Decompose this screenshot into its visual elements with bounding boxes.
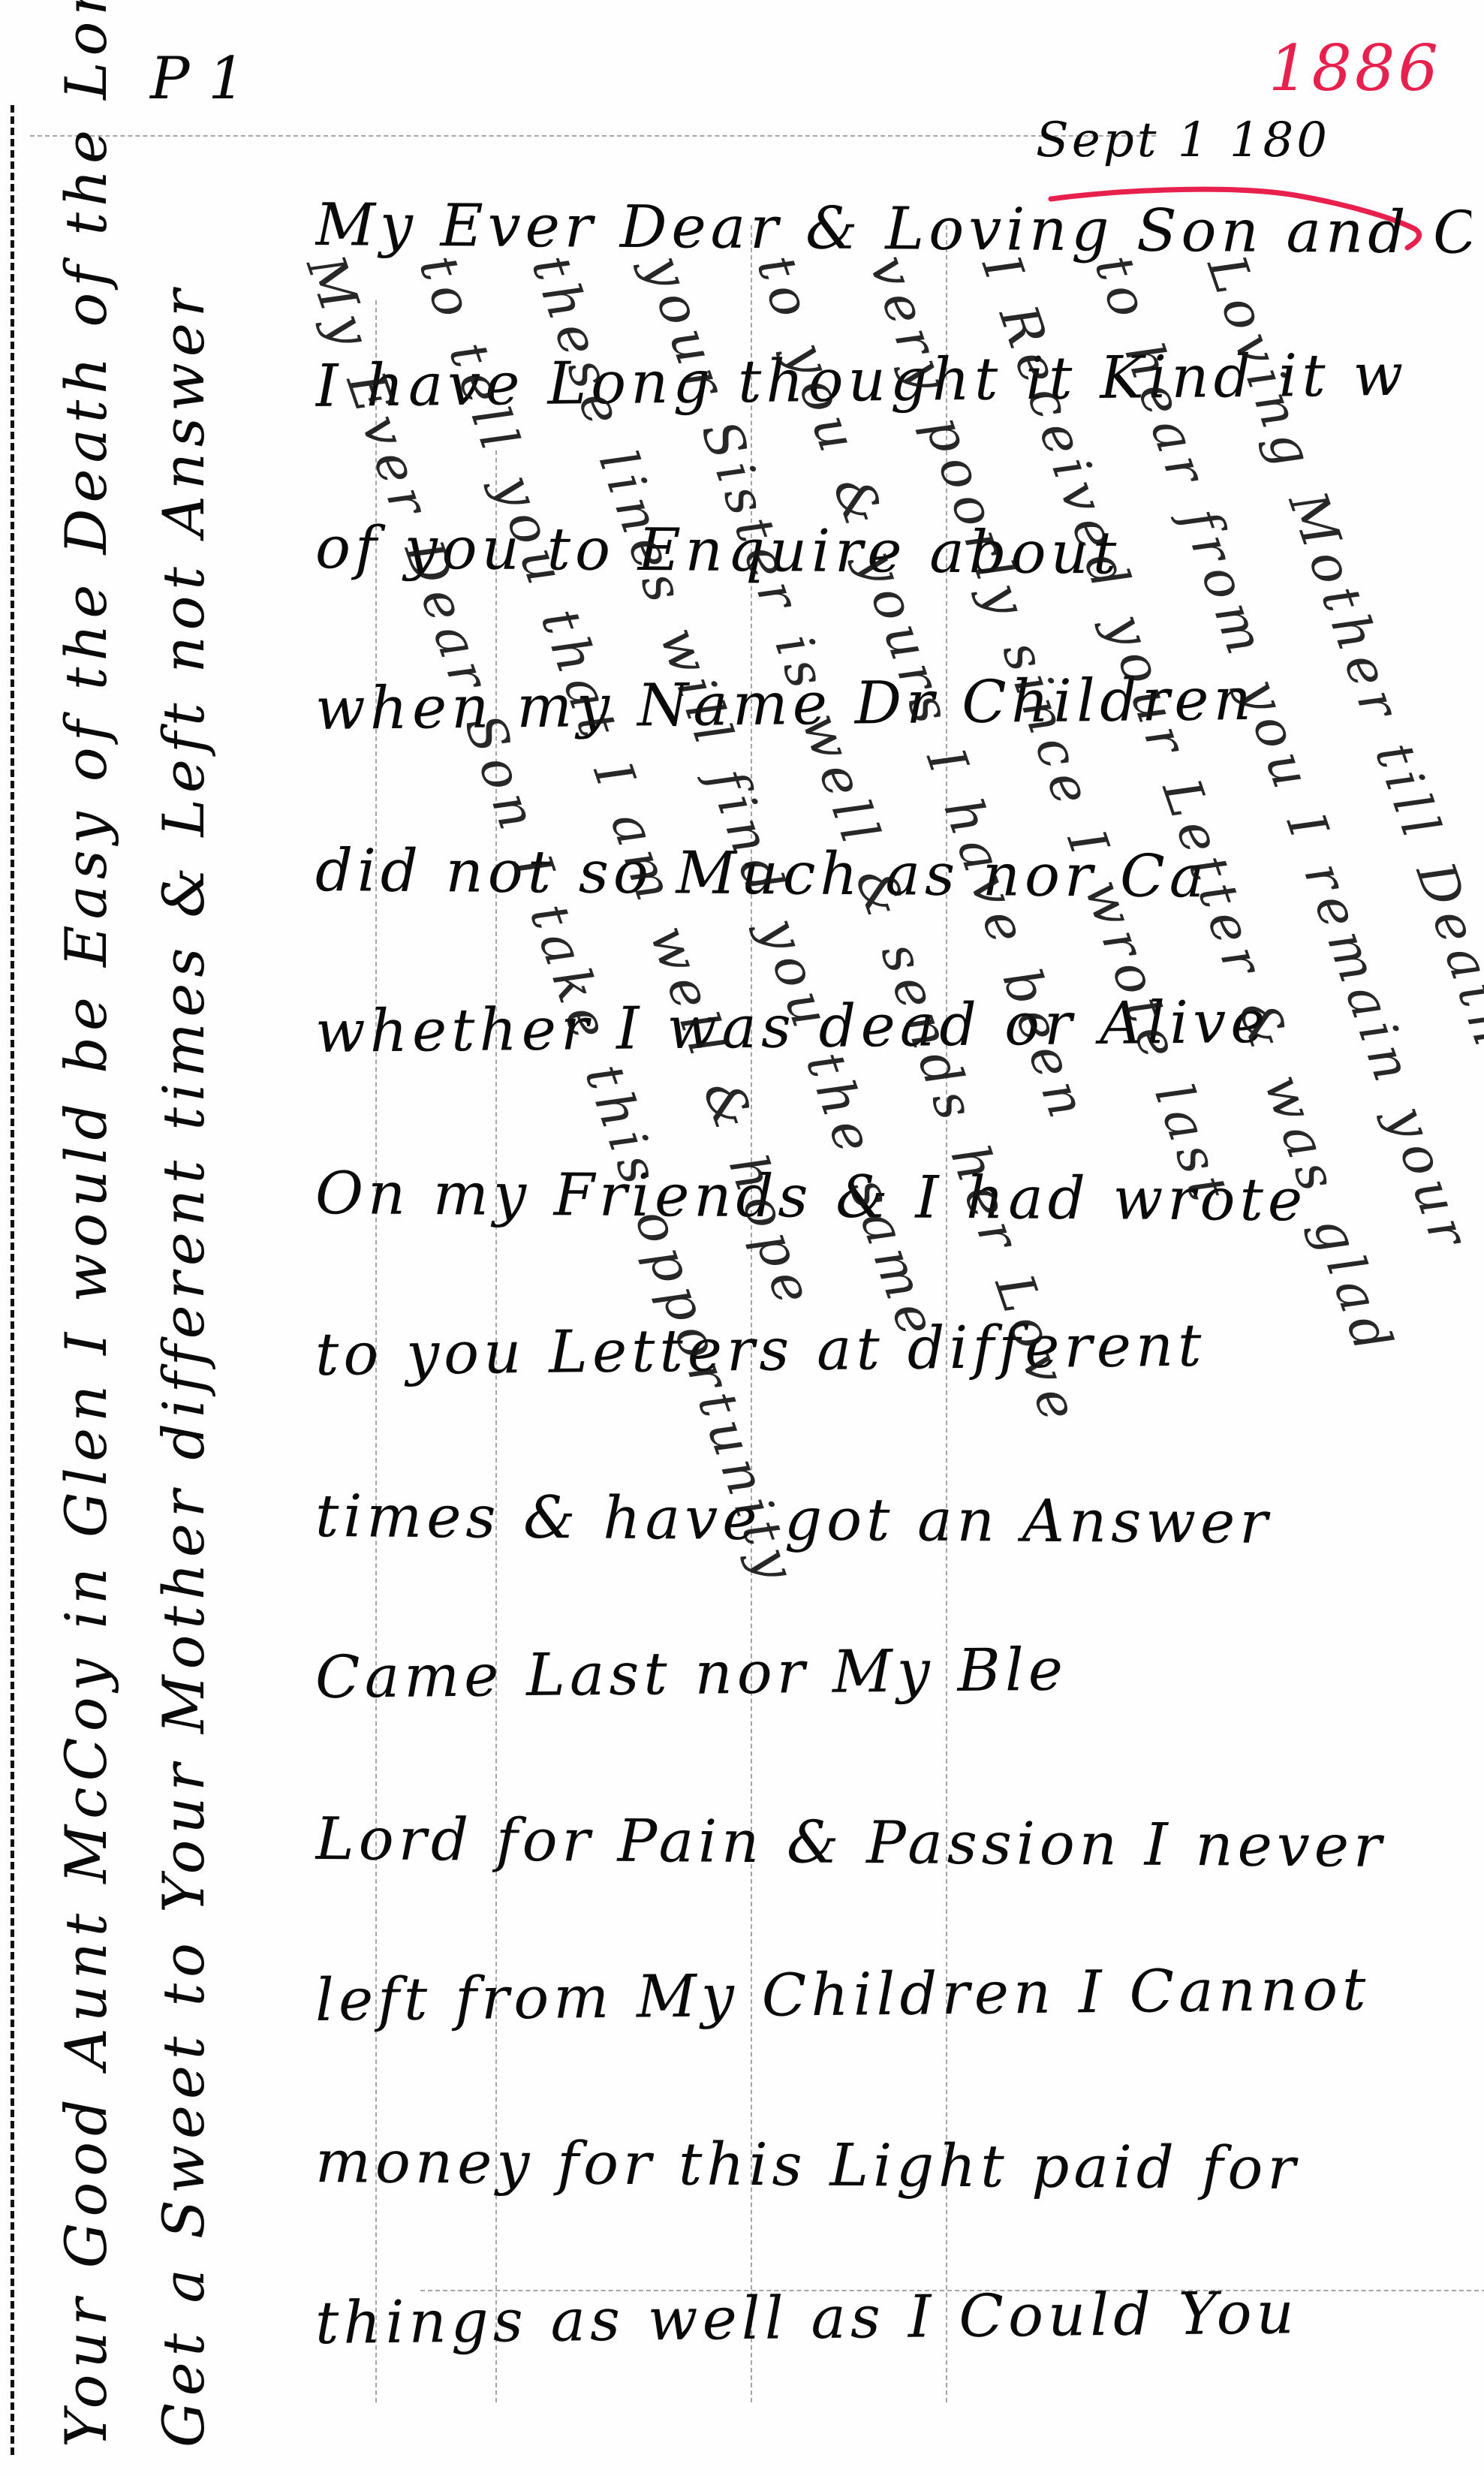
letter-page: P 1 1886 Sept 1 180 My Ever Dear & Lovin… (0, 0, 1484, 2476)
letter-line: Came Last nor My Ble (315, 1632, 1472, 1712)
letter-line: money for this Light paid for (315, 2128, 1472, 2204)
letter-line: times & have got an Answer (315, 1483, 1472, 1559)
margin-line: Your Good Aunt McCoy in Glen I would be … (53, 0, 119, 2447)
page-number-label: P 1 (150, 45, 245, 113)
binding-edge-rule (11, 105, 14, 2455)
archival-year-annotation: 1886 (1269, 32, 1441, 105)
guide-line (30, 135, 1156, 137)
letter-line: left from My Children I Cannot (315, 1955, 1472, 2035)
letter-line: things as well as I Could You (315, 2278, 1472, 2357)
margin-line: Get a Sweet to Your Mother different tim… (150, 284, 217, 2447)
letter-date: Sept 1 180 (1036, 113, 1330, 168)
letter-line: Lord for Pain & Passion I never (315, 1806, 1472, 1881)
